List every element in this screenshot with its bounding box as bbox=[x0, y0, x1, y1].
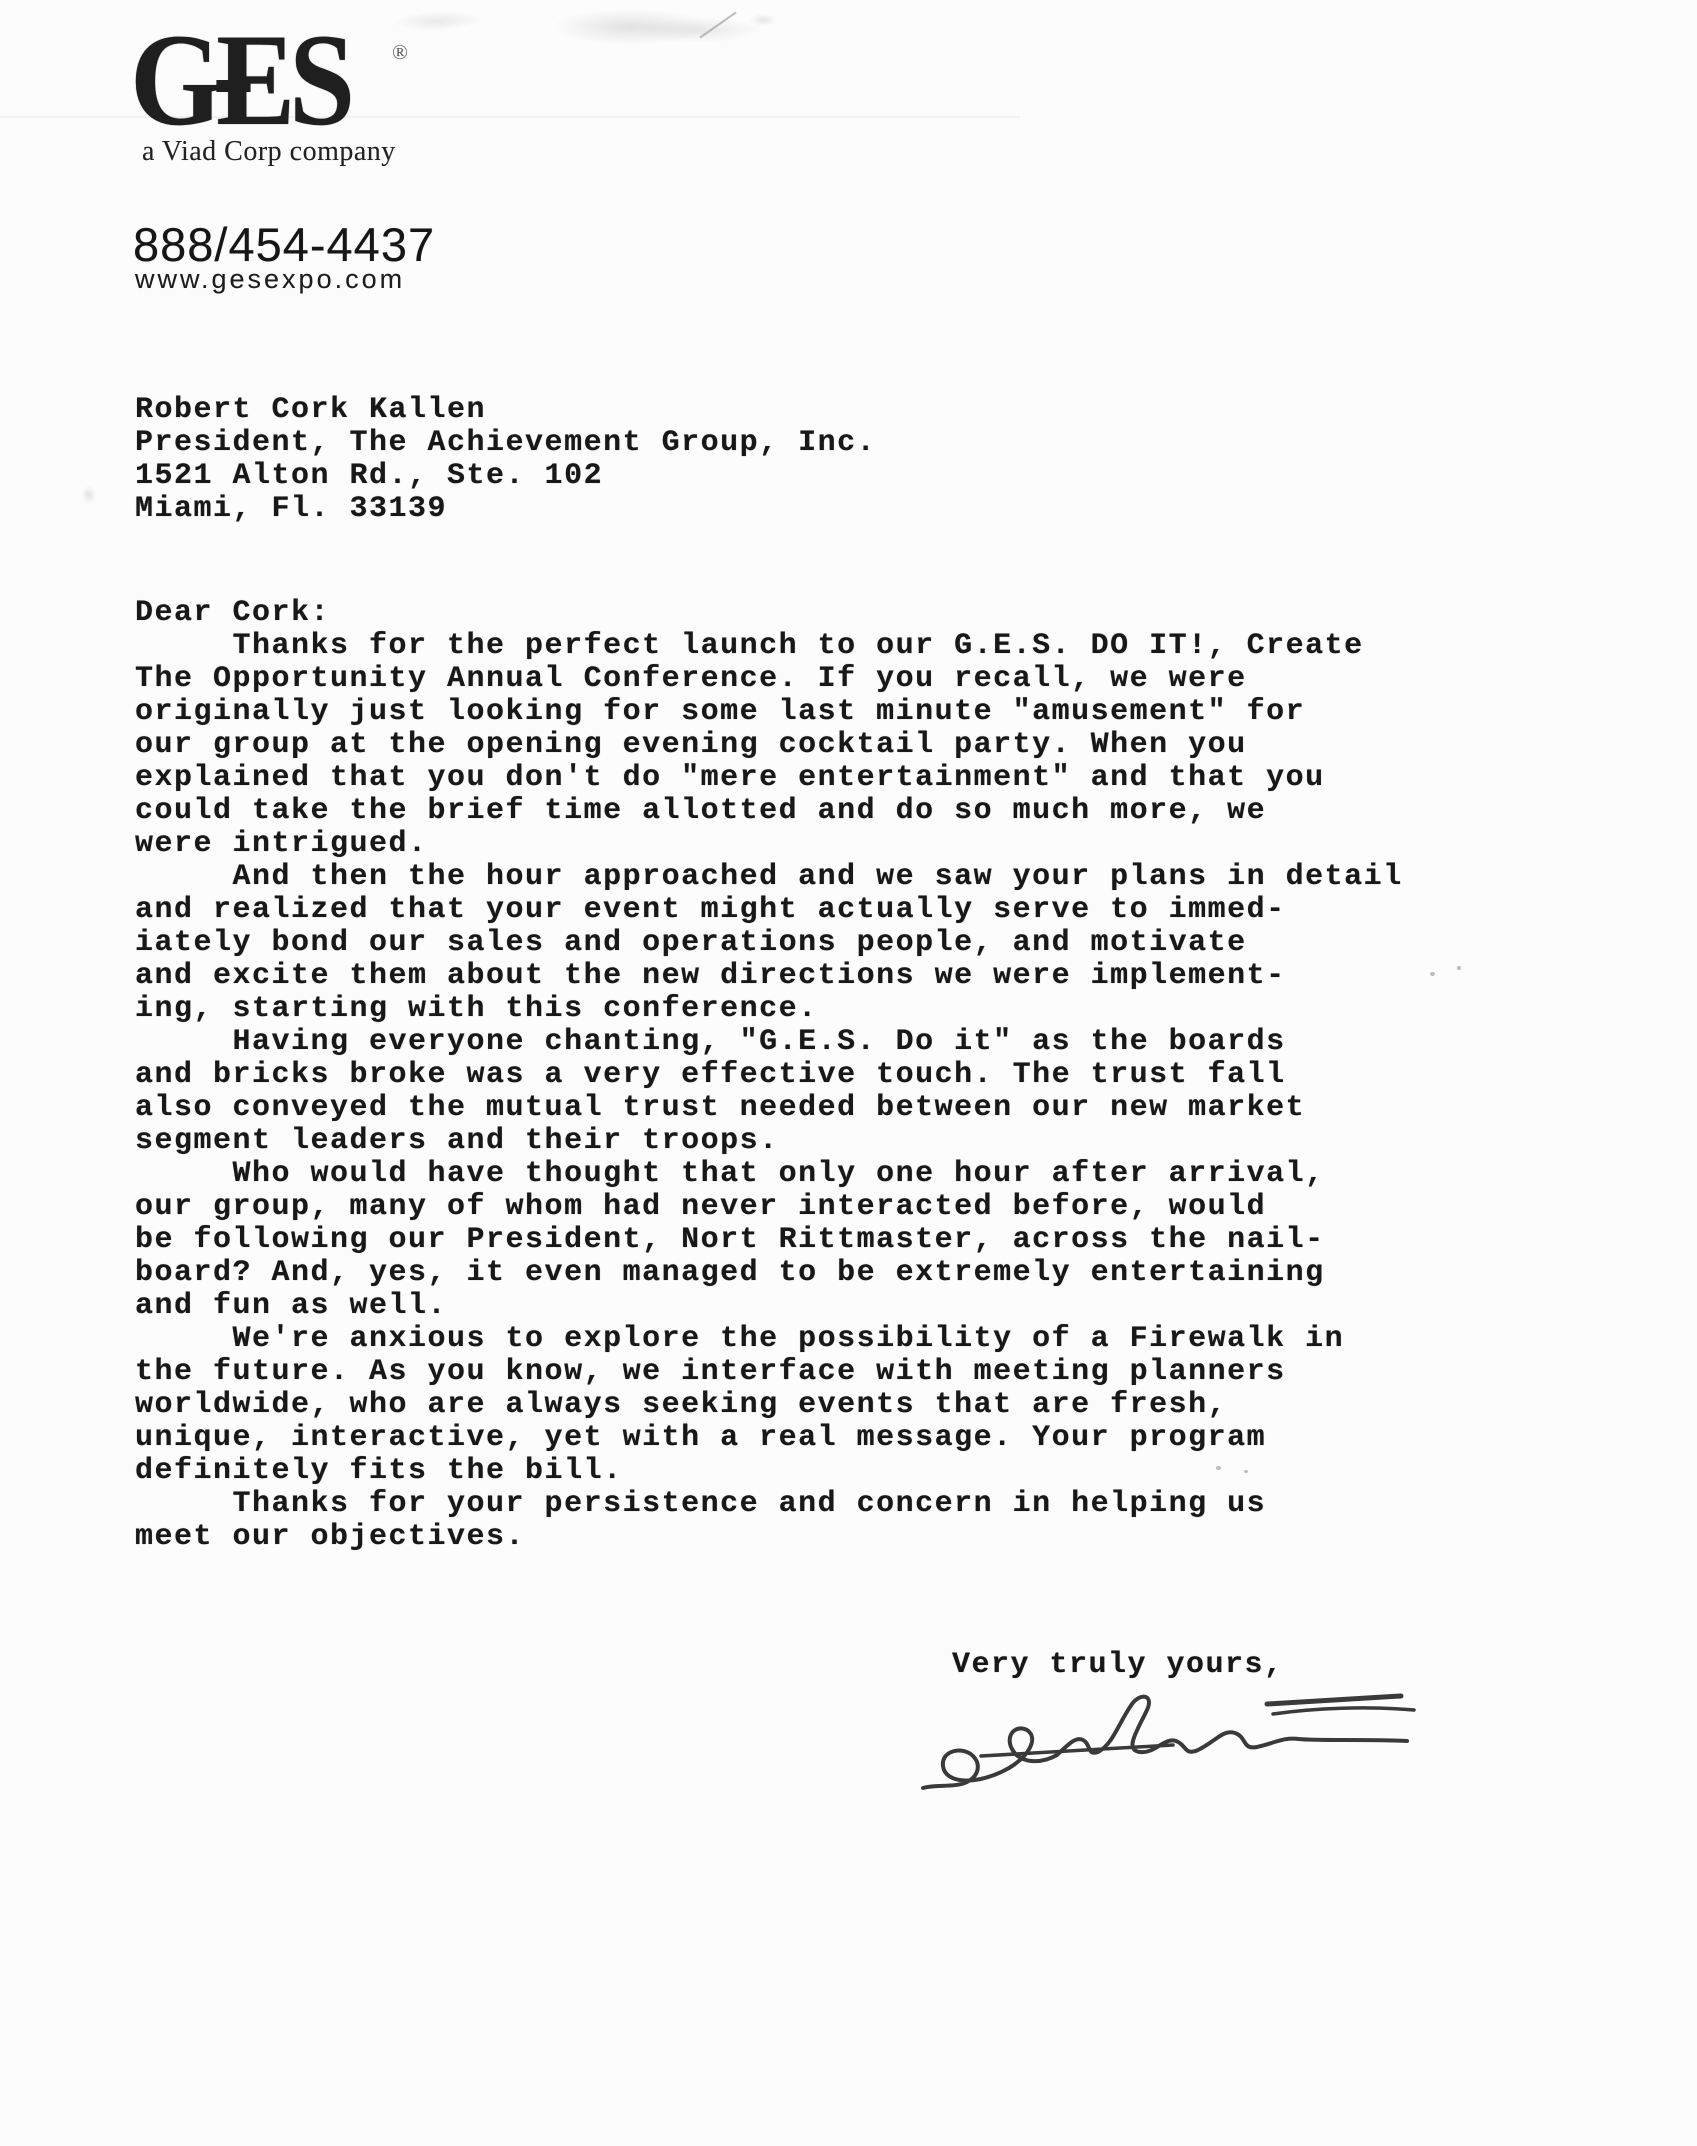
phone-number: 888/454-4437 bbox=[133, 221, 435, 268]
letter-body: Thanks for the perfect launch to our G.E… bbox=[135, 630, 1403, 1554]
scan-slash-mark bbox=[699, 12, 736, 39]
letter-body-block: Dear Cork: Thanks for the perfect launch… bbox=[135, 597, 1403, 1554]
ges-logo-text: GES bbox=[130, 14, 436, 146]
scan-speck bbox=[1430, 972, 1435, 976]
scan-smudge bbox=[750, 14, 776, 26]
closing-phrase: Very truly yours, bbox=[952, 1649, 1284, 1682]
ges-logo: GES ® bbox=[130, 14, 470, 154]
website-url: www.gesexpo.com bbox=[135, 266, 405, 293]
ges-logo-connector bbox=[216, 80, 250, 92]
salutation: Dear Cork: bbox=[135, 597, 1403, 630]
scan-smudge bbox=[640, 18, 760, 42]
registered-trademark-icon: ® bbox=[392, 40, 408, 65]
recipient-address: Robert Cork Kallen President, The Achiev… bbox=[135, 394, 876, 526]
scan-smudge bbox=[82, 486, 96, 504]
scan-speck bbox=[1457, 966, 1461, 970]
logo-tagline: a Viad Corp company bbox=[142, 136, 396, 168]
scan-smudge bbox=[556, 10, 706, 44]
handwritten-signature bbox=[915, 1686, 1420, 1804]
scanned-letter-page: GES ® a Viad Corp company 888/454-4437 w… bbox=[0, 0, 1697, 2146]
